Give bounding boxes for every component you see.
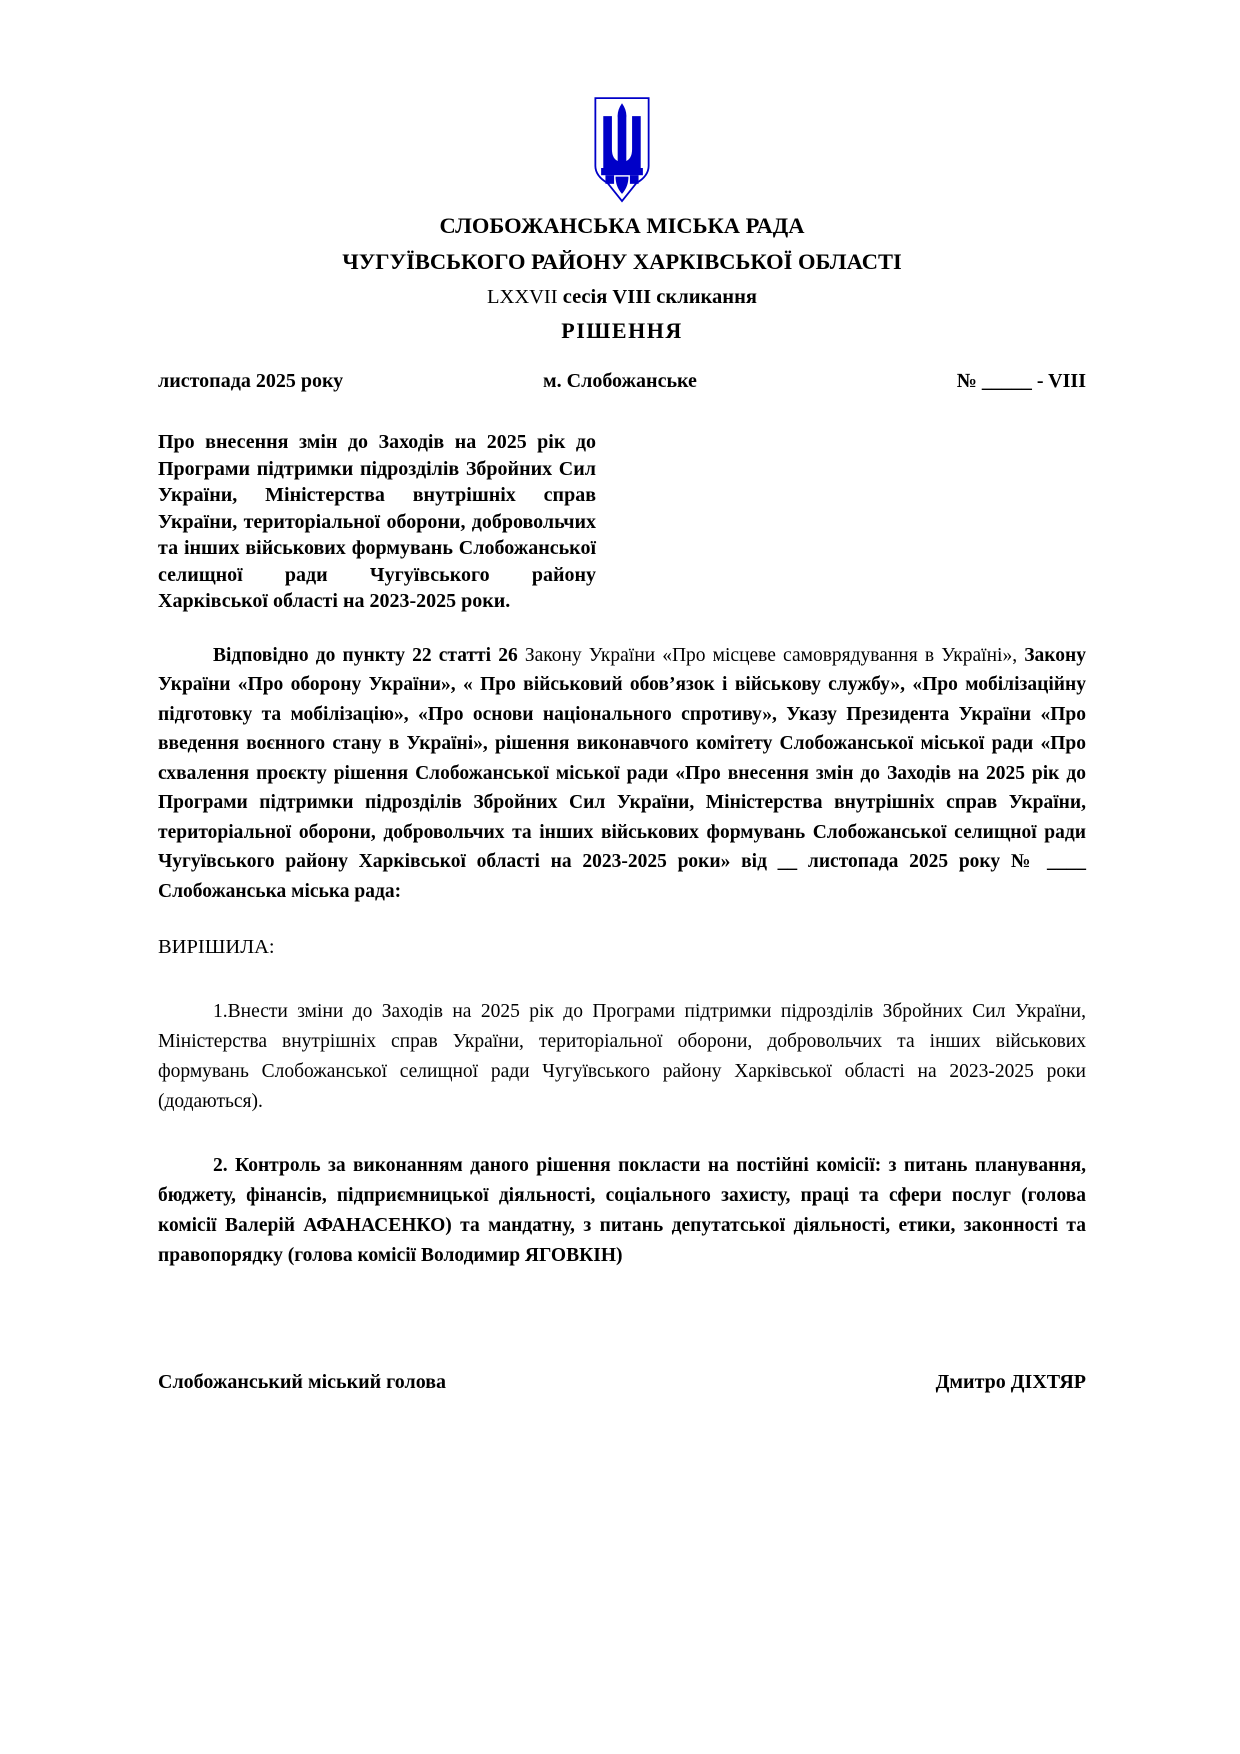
decision-document-page: СЛОБОЖАНСЬКА МІСЬКА РАДА ЧУГУЇВСЬКОГО РА… (0, 0, 1240, 1754)
document-content: СЛОБОЖАНСЬКА МІСЬКА РАДА ЧУГУЇВСЬКОГО РА… (158, 0, 1086, 1394)
signer-name: Дмитро ДІХТЯР (936, 1371, 1086, 1394)
org-name-line2: ЧУГУЇВСЬКОГО РАЙОНУ ХАРКІВСЬКОЇ ОБЛАСТІ (158, 244, 1086, 280)
resolution-label: ВИРІШИЛА: (158, 936, 1086, 959)
tryzub-emblem-icon (584, 96, 660, 204)
preamble-segment: Відповідно до пункту 22 статті 26 (213, 645, 525, 666)
doc-number-blank: № _____ - VIII (957, 370, 1086, 393)
session-convocation-label: сесія VIII скликання (563, 286, 757, 308)
resolution-item-2: 2. Контроль за виконанням даного рішення… (158, 1151, 1086, 1271)
session-line: LXXVII сесія VIII скликання (158, 280, 1086, 314)
subject-block: Про внесення змін до Заходів на 2025 рік… (158, 429, 596, 615)
doc-type-title: РІШЕННЯ (158, 314, 1086, 348)
doc-place: м. Слобожанське (543, 370, 697, 393)
resolution-item-1: 1.Внести зміни до Заходів на 2025 рік до… (158, 997, 1086, 1117)
signature-row: Слобожанський міський голова Дмитро ДІХТ… (158, 1371, 1086, 1394)
preamble-segment: Закону України «Про оборону України», « … (158, 645, 1086, 902)
meta-row: листопада 2025 року м. Слобожанське № __… (158, 370, 1086, 393)
signer-position-title: Слобожанський міський голова (158, 1371, 446, 1394)
session-number-roman: LXXVII (487, 286, 563, 308)
preamble-paragraph: Відповідно до пункту 22 статті 26 Закону… (158, 641, 1086, 907)
doc-date: листопада 2025 року (158, 370, 343, 393)
org-name-line1: СЛОБОЖАНСЬКА МІСЬКА РАДА (158, 208, 1086, 244)
preamble-segment: Закону України «Про місцеве самоврядуван… (525, 645, 1024, 666)
